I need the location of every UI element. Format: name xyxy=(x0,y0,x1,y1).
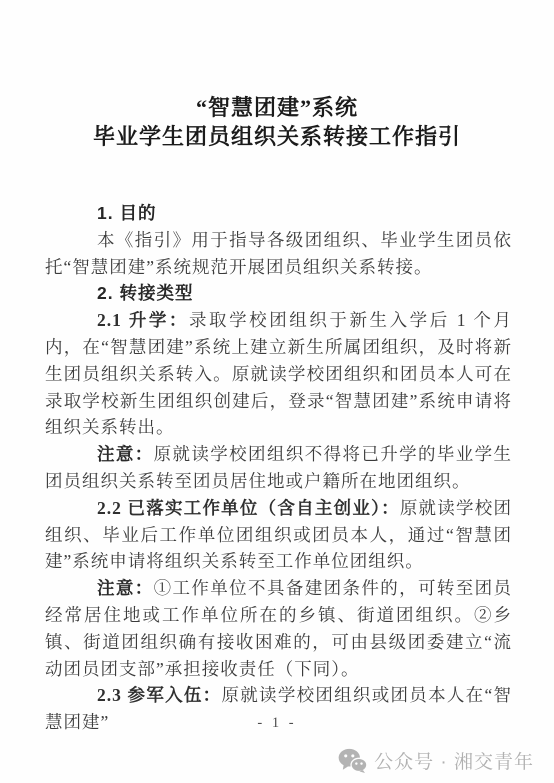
document-page: “智慧团建”系统 毕业学生团员组织关系转接工作指引 1. 目的 本《指引》用于指… xyxy=(0,0,554,783)
paragraph-2-1: 2.1 升学：录取学校团组织于新生入学后 1 个月内，在“智慧团建”系统上建立新… xyxy=(45,307,512,441)
page-number: - 1 - xyxy=(0,715,554,732)
title-line-1: “智慧团建”系统 xyxy=(0,93,554,122)
paragraph-note-2: 注意：①工作单位不具备建团条件的，可转至团员经常居住地或工作单位所在的乡镇、街道… xyxy=(45,575,512,682)
note-1-label: 注意： xyxy=(97,444,154,464)
paragraph-purpose-text: 本《指引》用于指导各级团组织、毕业学生团员依托“智慧团建”系统规范开展团员组织关… xyxy=(45,230,512,277)
document-body: 1. 目的 本《指引》用于指导各级团组织、毕业学生团员依托“智慧团建”系统规范开… xyxy=(45,200,512,736)
paragraph-2-2: 2.2 已落实工作单位（含自主创业）：原就读学校团组织、毕业后工作单位团组织或团… xyxy=(45,495,512,575)
title-line-2: 毕业学生团员组织关系转接工作指引 xyxy=(0,122,554,151)
item-2-1-label: 2.1 升学： xyxy=(97,310,189,330)
item-2-2-label: 2.2 已落实工作单位（含自主创业）： xyxy=(97,498,400,518)
footer-watermark: 公众号 · 湘交青年 xyxy=(338,747,534,774)
watermark-label: 公众号 · 湘交青年 xyxy=(374,747,534,774)
section-heading-transfer-types: 2. 转接类型 xyxy=(45,280,512,307)
section-heading-purpose: 1. 目的 xyxy=(45,200,512,227)
note-2-label: 注意： xyxy=(97,578,154,598)
item-2-3-label: 2.3 参军入伍： xyxy=(97,685,221,705)
paragraph-purpose: 本《指引》用于指导各级团组织、毕业学生团员依托“智慧团建”系统规范开展团员组织关… xyxy=(45,227,512,281)
document-title: “智慧团建”系统 毕业学生团员组织关系转接工作指引 xyxy=(0,93,554,151)
paragraph-note-1: 注意：原就读学校团组织不得将已升学的毕业学生团员组织关系转至团员居住地或户籍所在… xyxy=(45,441,512,495)
wechat-icon xyxy=(338,748,367,773)
